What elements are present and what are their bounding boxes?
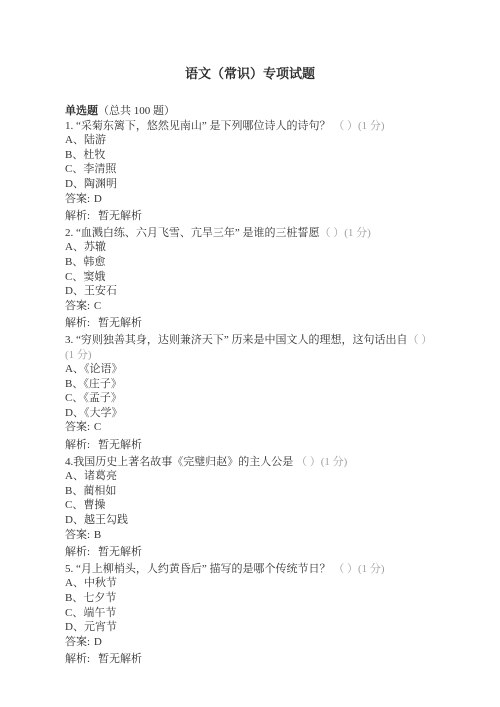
analysis-line: 解析:暂无解析 xyxy=(65,209,445,224)
analysis-line: 解析:暂无解析 xyxy=(65,652,445,667)
answer-value: C xyxy=(94,421,101,433)
answer-line: 答案: C xyxy=(65,299,445,314)
option-line: D、元宵节 xyxy=(65,620,445,635)
question-block: 1. “采菊东篱下，悠然见南山” 是下列哪位诗人的诗句？ （ ）(1 分)A、陆… xyxy=(65,119,445,224)
analysis-value: 暂无解析 xyxy=(98,546,142,558)
option-line: A、诸葛亮 xyxy=(65,469,445,484)
question-blank-paren: （ ） xyxy=(333,563,358,575)
option-line: A、苏辙 xyxy=(65,240,445,255)
section-heading-count: （总共 100 题） xyxy=(98,105,175,117)
section-heading-type: 单选题 xyxy=(65,105,98,117)
exam-page: 语文（常识）专项试题 单选题（总共 100 题） 1. “采菊东篱下，悠然见南山… xyxy=(0,0,500,707)
option-line: D、陶渊明 xyxy=(65,177,445,192)
question-text: 1. “采菊东篱下，悠然见南山” 是下列哪位诗人的诗句？ xyxy=(65,120,333,132)
answer-label: 答案: xyxy=(65,529,93,541)
answer-label: 答案: xyxy=(65,421,93,433)
option-line: A、中秋节 xyxy=(65,576,445,591)
question-score: (1 分) xyxy=(344,227,371,239)
option-line: C、曹操 xyxy=(65,498,445,513)
question-block: 4.我国历史上著名故事《完璧归赵》的主人公是 （ ）(1 分)A、诸葛亮B、蔺相… xyxy=(65,455,445,560)
option-line: A、陆游 xyxy=(65,133,445,148)
analysis-label: 解析: xyxy=(65,653,90,665)
analysis-line: 解析:暂无解析 xyxy=(65,438,445,453)
question-blank-paren: （ ） xyxy=(296,456,321,468)
option-line: C、李清照 xyxy=(65,162,445,177)
option-line: D、越王勾践 xyxy=(65,513,445,528)
answer-line: 答案: B xyxy=(65,528,445,543)
question-block: 5. “月上柳梢头，人约黄昏后” 描写的是哪个传统节日？ （ ）(1 分)A、中… xyxy=(65,562,445,667)
question-line: 4.我国历史上著名故事《完璧归赵》的主人公是 （ ）(1 分) xyxy=(65,455,445,470)
question-text: 2. “血溅白练、六月飞雪、亢旱三年” 是谁的三桩誓愿 xyxy=(65,227,320,239)
answer-value: D xyxy=(94,193,102,205)
question-score: (1 分) xyxy=(358,120,385,132)
answer-label: 答案: xyxy=(65,636,93,648)
option-line: C、《孟子》 xyxy=(65,391,445,406)
question-line: 1. “采菊东篱下，悠然见南山” 是下列哪位诗人的诗句？ （ ）(1 分) xyxy=(65,119,445,134)
question-list: 1. “采菊东篱下，悠然见南山” 是下列哪位诗人的诗句？ （ ）(1 分)A、陆… xyxy=(65,119,445,667)
option-line: B、韩愈 xyxy=(65,255,445,270)
analysis-line: 解析:暂无解析 xyxy=(65,545,445,560)
option-line: A、《论语》 xyxy=(65,362,445,377)
analysis-label: 解析: xyxy=(65,546,90,558)
question-blank-paren: （ ） xyxy=(333,120,358,132)
question-score: (1 分) xyxy=(358,563,385,575)
question-blank-paren: （ ） xyxy=(408,334,433,346)
answer-value: B xyxy=(94,529,101,541)
section-heading: 单选题（总共 100 题） xyxy=(65,104,445,119)
analysis-value: 暂无解析 xyxy=(98,439,142,451)
question-blank-paren: （ ） xyxy=(320,227,345,239)
question-text: 5. “月上柳梢头，人约黄昏后” 描写的是哪个传统节日？ xyxy=(65,563,333,575)
analysis-label: 解析: xyxy=(65,317,90,329)
analysis-label: 解析: xyxy=(65,210,90,222)
option-line: D、《大学》 xyxy=(65,406,445,421)
question-block: 2. “血溅白练、六月飞雪、亢旱三年” 是谁的三桩誓愿（ ）(1 分)A、苏辙B… xyxy=(65,226,445,331)
option-line: D、王安石 xyxy=(65,284,445,299)
question-line: 2. “血溅白练、六月飞雪、亢旱三年” 是谁的三桩誓愿（ ）(1 分) xyxy=(65,226,445,241)
question-line: 3. “穷则独善其身，达则兼济天下” 历来是中国文人的理想，这句话出自（ ） xyxy=(65,333,445,348)
question-score: (1 分) xyxy=(65,348,445,363)
analysis-value: 暂无解析 xyxy=(98,653,142,665)
option-line: B、《庄子》 xyxy=(65,377,445,392)
answer-line: 答案: D xyxy=(65,192,445,207)
question-text: 4.我国历史上著名故事《完璧归赵》的主人公是 xyxy=(65,456,296,468)
question-score: (1 分) xyxy=(321,456,348,468)
analysis-label: 解析: xyxy=(65,439,90,451)
option-line: B、七夕节 xyxy=(65,591,445,606)
question-block: 3. “穷则独善其身，达则兼济天下” 历来是中国文人的理想，这句话出自（ ）(1… xyxy=(65,333,445,453)
question-line: 5. “月上柳梢头，人约黄昏后” 描写的是哪个传统节日？ （ ）(1 分) xyxy=(65,562,445,577)
option-line: C、窦娥 xyxy=(65,270,445,285)
answer-line: 答案: C xyxy=(65,420,445,435)
page-title: 语文（常识）专项试题 xyxy=(0,63,500,82)
answer-label: 答案: xyxy=(65,300,93,312)
analysis-value: 暂无解析 xyxy=(98,317,142,329)
option-line: B、杜牧 xyxy=(65,148,445,163)
analysis-line: 解析:暂无解析 xyxy=(65,316,445,331)
option-line: B、蔺相如 xyxy=(65,484,445,499)
analysis-value: 暂无解析 xyxy=(98,210,142,222)
answer-label: 答案: xyxy=(65,193,93,205)
question-text: 3. “穷则独善其身，达则兼济天下” 历来是中国文人的理想，这句话出自 xyxy=(65,334,408,346)
answer-value: C xyxy=(94,300,101,312)
answer-line: 答案: D xyxy=(65,635,445,650)
option-line: C、端午节 xyxy=(65,606,445,621)
answer-value: D xyxy=(94,636,102,648)
exam-content: 单选题（总共 100 题） 1. “采菊东篱下，悠然见南山” 是下列哪位诗人的诗… xyxy=(65,104,445,669)
